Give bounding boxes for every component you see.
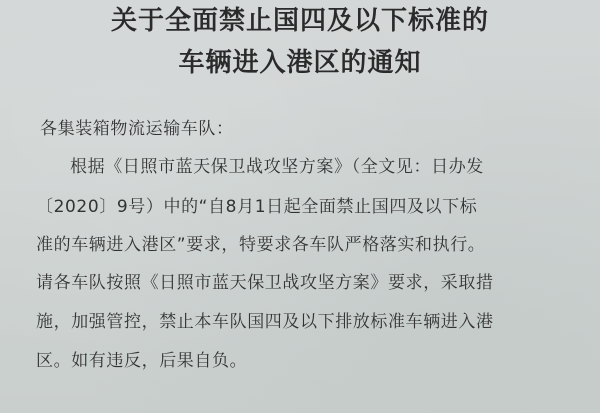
body-line-6: 区。如有违反，后果自负。 [36,350,247,372]
body-line-3: 准的车辆进入港区”要求，特要求各车队严格落实和执行。 [36,234,485,256]
document-title-line-1: 关于全面禁止国四及以下标准的 [0,6,600,36]
body-line-4: 请各车队按照《日照市蓝天保卫战攻坚方案》要求，采取措 [36,272,494,294]
salutation: 各集装箱物流运输车队： [40,118,234,140]
body-line-1: 根据《日照市蓝天保卫战攻坚方案》（全文见：日办发 [70,156,484,178]
body-line-2: 〔2020〕9号）中的“自8月1日起全面禁止国四及以下标 [36,196,477,218]
document-title-line-2: 车辆进入港区的通知 [0,48,600,78]
document-paper: 关于全面禁止国四及以下标准的 车辆进入港区的通知 各集装箱物流运输车队： 根据《… [0,0,600,413]
body-line-5: 施，加强管控，禁止本车队国四及以下排放标准车辆进入港 [36,311,494,333]
